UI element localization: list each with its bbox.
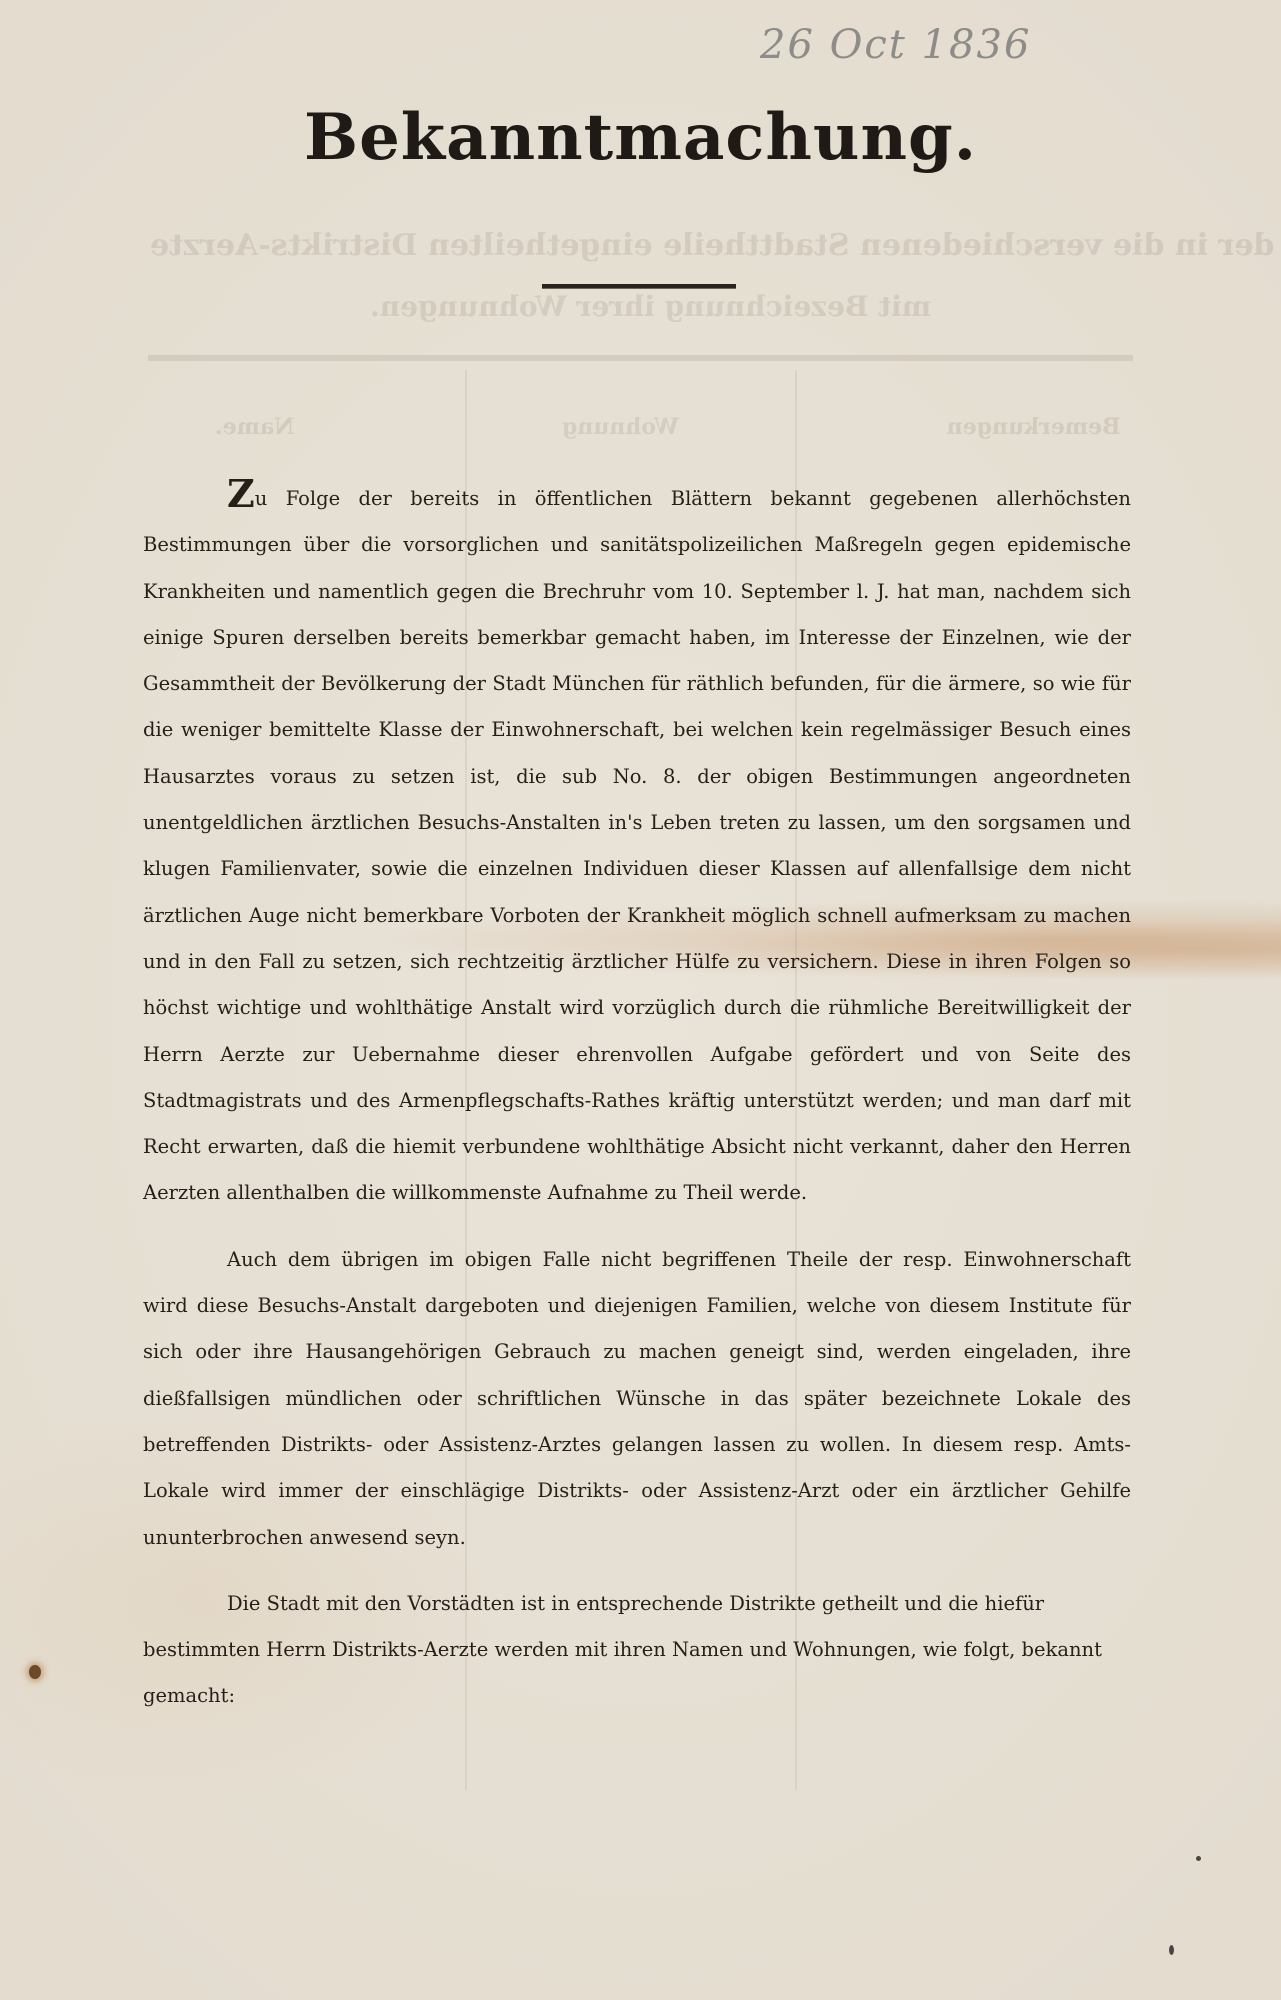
paragraph-text: u Folge der bereits in öffentlichen Blät…	[143, 487, 1131, 1204]
bleed-through-subheading: mit Bezeichnung ihrer Wohnungen.	[370, 290, 931, 323]
drop-cap: Z	[227, 471, 255, 516]
foxing-spot	[29, 1665, 41, 1679]
foxing-spot	[1196, 1856, 1201, 1861]
bleed-through-heading: der in die verschiedenen Stadttheile ein…	[150, 228, 1274, 263]
foxing-spot	[1169, 1945, 1174, 1955]
bleed-through-column-headers: Bemerkungen Wohnung Name.	[215, 414, 1121, 440]
paragraph-text: Die Stadt mit den Vorstädten ist in ents…	[143, 1592, 1102, 1708]
paragraph-3: Die Stadt mit den Vorstädten ist in ents…	[143, 1581, 1131, 1720]
bleed-through-rule	[148, 355, 1133, 361]
paragraph-text: Auch dem übrigen im obigen Falle nicht b…	[143, 1248, 1131, 1549]
document-title: Bekanntmachung.	[0, 100, 1281, 175]
handwritten-date-annotation: 26 Oct 1836	[760, 22, 1031, 68]
paragraph-1: Zu Folge der bereits in öffentlichen Blä…	[143, 476, 1131, 1217]
document-body: Zu Folge der bereits in öffentlichen Blä…	[143, 476, 1131, 1720]
paragraph-2: Auch dem übrigen im obigen Falle nicht b…	[143, 1237, 1131, 1561]
title-divider	[542, 284, 736, 289]
